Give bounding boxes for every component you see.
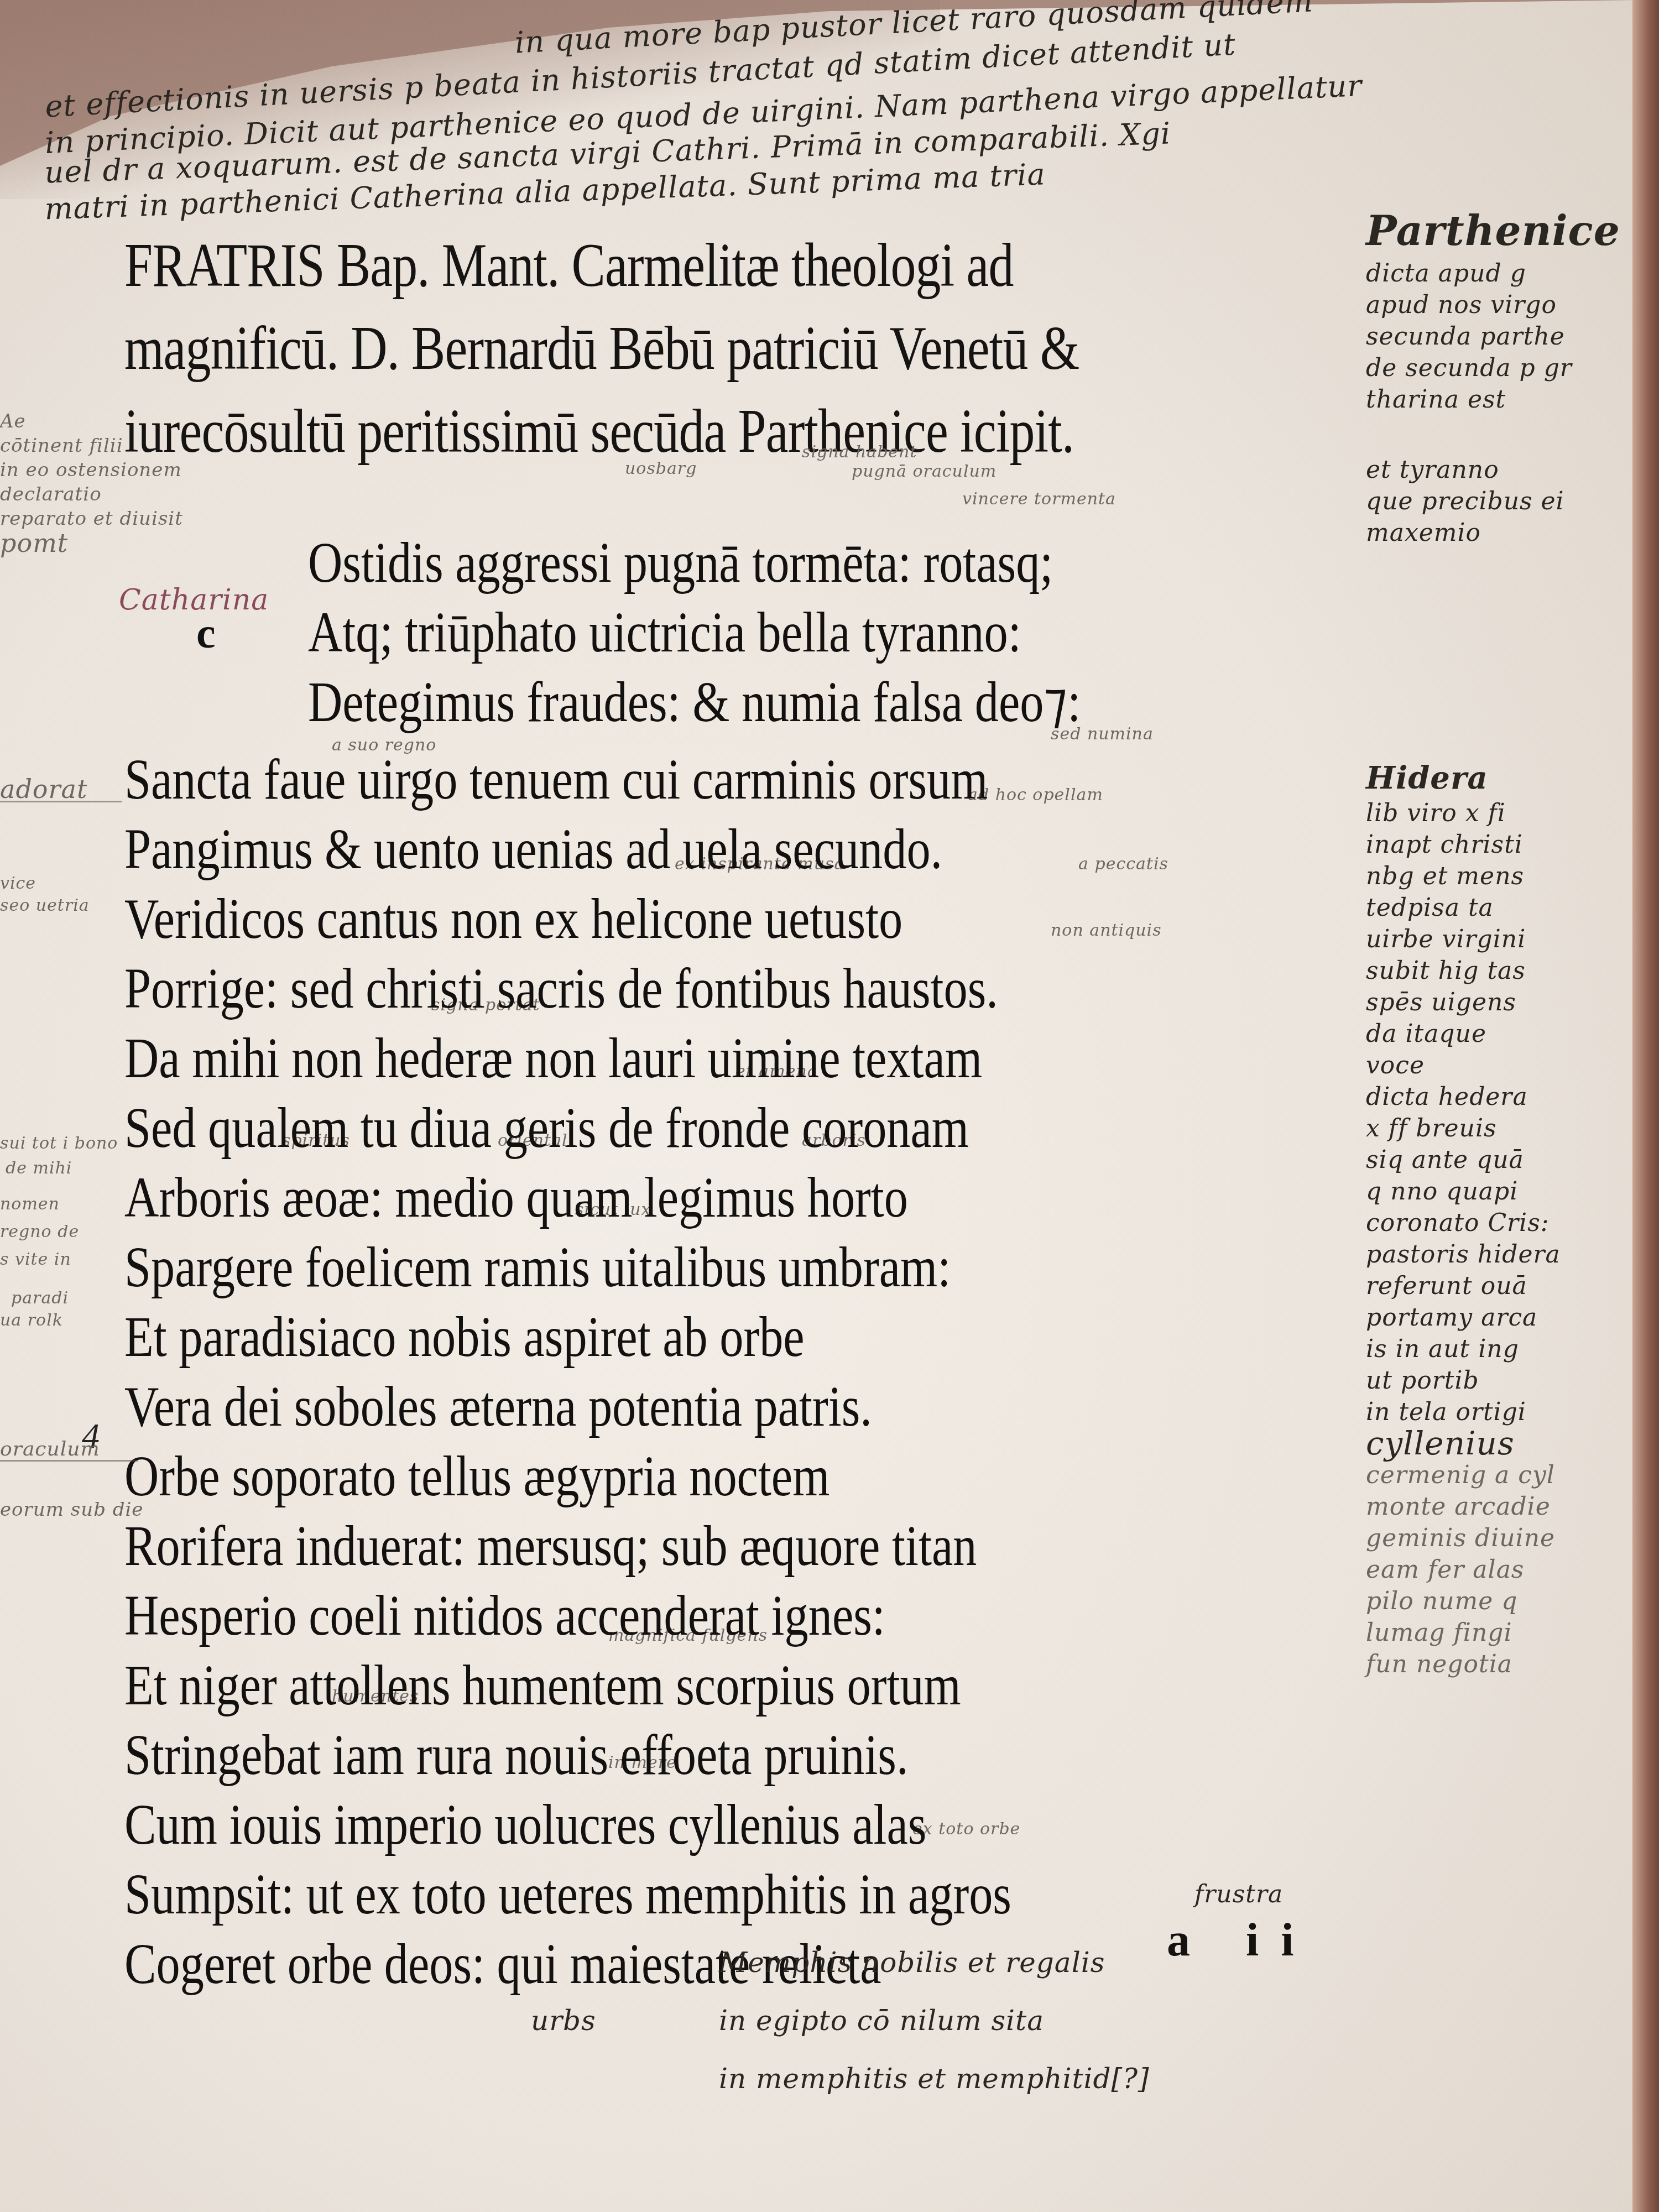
left-note: de mihi (6, 1159, 72, 1178)
left-note: paradi (11, 1288, 69, 1308)
right-marginalia: Parthenice dicta apud g apud nos virgo s… (1366, 205, 1631, 1680)
left-note: reparato et diuisit (0, 507, 166, 531)
right-note: eam fer alas (1366, 1554, 1631, 1585)
left-note: declaratio (0, 482, 166, 507)
right-note-title: Hidera (1366, 759, 1631, 797)
verse-line: Arboris æoæ: medio quam legimus horto (124, 1163, 1081, 1233)
bottom-note: in memphitis et memphitid[?] (719, 2063, 1149, 2095)
left-marginalia: Ae cōtinent filii in eo ostensionem decl… (0, 409, 166, 555)
verse-line: Stringebat iam rura nouis effoeta pruini… (124, 1720, 1081, 1790)
right-note: pastoris hidera (1366, 1239, 1631, 1270)
right-note: siq ante quā (1366, 1144, 1631, 1176)
verse-line: Porrige: sed christi sacris de fontibus … (124, 954, 1081, 1024)
left-note: regno de (0, 1222, 79, 1241)
left-note: oraculum (0, 1438, 100, 1460)
left-note: Ae (0, 409, 166, 434)
printed-heading: FRATRIS Bap. Mant. Carmelitæ theologi ad… (124, 224, 1369, 473)
right-note: dicta apud g (1366, 258, 1631, 289)
right-note: geminis diuine (1366, 1522, 1631, 1554)
heading-line-1: FRATRIS Bap. Mant. Carmelitæ theologi ad (124, 224, 1145, 307)
right-note: cermenig a cyl (1366, 1459, 1631, 1491)
verse-block: Ostidis aggressi pugnā tormēta: rotasq; … (124, 528, 1276, 1999)
right-note: de secunda p gr (1366, 352, 1631, 384)
right-note: monte arcadie (1366, 1491, 1631, 1522)
right-note: inapt christi (1366, 829, 1631, 860)
left-note: seo uetria (0, 896, 90, 915)
left-note: s vite in (0, 1250, 71, 1269)
verse-line: Hesperio coeli nitidos accenderat ignes: (124, 1581, 1081, 1651)
bottom-note: in egipto cō nilum sita (719, 2005, 1044, 2037)
bottom-note: urbs (531, 2005, 596, 2037)
gloss: signa habent (802, 442, 917, 462)
right-note: is in aut ing (1366, 1333, 1631, 1365)
right-note: ut portib (1366, 1365, 1631, 1396)
right-note: lib viro x fi (1366, 797, 1631, 829)
margin-rule (0, 1460, 138, 1462)
verse-line: Spargere foelicem ramis uitalibus umbram… (124, 1233, 1081, 1302)
verse-line: Detegimus fraudes: & numia falsa deo⁊: (124, 667, 1081, 737)
right-note: in tela ortigi (1366, 1396, 1631, 1428)
verse-line: Sed qualem tu diua geris de fronde coron… (124, 1093, 1081, 1163)
right-note: portamy arca (1366, 1302, 1631, 1333)
verse-line: Rorifera induerat: mersusq; sub æquore t… (124, 1511, 1081, 1581)
right-note: nbg et mens (1366, 860, 1631, 892)
left-note: pomt (0, 531, 166, 555)
right-note: que precibus ei (1366, 486, 1631, 517)
verse-line: Et paradisiaco nobis aspiret ab orbe (124, 1302, 1081, 1372)
left-note: cōtinent filii (0, 434, 166, 458)
right-note: fun negotia (1366, 1648, 1631, 1680)
verse-line: Veridicos cantus non ex helicone uetusto (124, 884, 1081, 954)
gloss: uosbarg (625, 459, 697, 478)
left-note: eorum sub die (0, 1499, 143, 1521)
margin-rule (0, 801, 122, 802)
right-note: tedpisa ta (1366, 892, 1631, 924)
left-note: in eo ostensionem (0, 458, 166, 482)
right-note: coronato Cris: (1366, 1207, 1631, 1239)
right-note: spēs uigens (1366, 987, 1631, 1018)
right-note: q nno quapi (1366, 1176, 1631, 1207)
verse-line: Sancta faue uirgo tenuem cui carminis or… (124, 745, 1081, 815)
gloss: vincere tormenta (962, 489, 1116, 509)
right-note: pilo nume q (1366, 1585, 1631, 1617)
left-note: nomen (0, 1194, 60, 1214)
red-name-catharina: Catharina (119, 583, 269, 617)
book-binding-edge (1632, 0, 1659, 2212)
right-note: et tyranno (1366, 454, 1631, 486)
verse-line: Orbe soporato tellus ægypria noctem (124, 1442, 1081, 1511)
left-note: sui tot i bono (0, 1134, 118, 1153)
right-note: uirbe virgini (1366, 924, 1631, 955)
verse-line: Vera dei soboles æterna potentia patris. (124, 1372, 1081, 1442)
right-note: dicta hedera (1366, 1081, 1631, 1113)
right-note: da itaque (1366, 1018, 1631, 1050)
right-note: x ff breuis (1366, 1113, 1631, 1144)
verse-line: Cum iouis imperio uolucres cyllenius ala… (124, 1790, 1081, 1860)
right-note: maxemio (1366, 517, 1631, 549)
right-note: apud nos virgo (1366, 289, 1631, 321)
right-note: subit hig tas (1366, 955, 1631, 987)
left-note: ua rolk (0, 1311, 63, 1330)
right-note: voce (1366, 1050, 1631, 1081)
left-note: vice (0, 874, 36, 893)
verse-line: Et niger attollens humentem scorpius ort… (124, 1651, 1081, 1720)
heading-line-2: magnificū. D. Bernardū Bēbū patriciū Ven… (124, 307, 1145, 390)
verse-line: Sumpsit: ut ex toto ueteres memphitis in… (124, 1860, 1081, 1929)
bottom-note: Memphis nobilis et regalis (719, 1947, 1105, 1979)
right-note: secunda parthe (1366, 321, 1631, 352)
signature-mark: a ii (1167, 1913, 1316, 1967)
verse-line: Pangimus & uento uenias ad uela secundo. (124, 815, 1081, 884)
left-note: adorat (0, 774, 87, 804)
right-note: lumag fingi (1366, 1617, 1631, 1648)
right-note: cyllenius (1366, 1428, 1631, 1459)
gloss: pugnā oraculum (852, 462, 997, 481)
right-note: tharina est (1366, 384, 1631, 415)
verse-line: Da mihi non hederæ non lauri uimine text… (124, 1024, 1081, 1093)
right-note: referunt ouā (1366, 1270, 1631, 1302)
right-note-title: Parthenice (1366, 205, 1631, 258)
